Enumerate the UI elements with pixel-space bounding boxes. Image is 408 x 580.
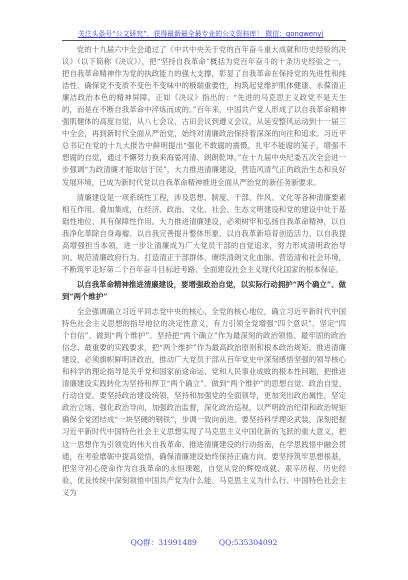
paragraph-2: 清廉建设是一项系统性工程，涉及思想、制度、干部、作风、文化等各种清廉要素相互作用… bbox=[62, 192, 346, 276]
paragraph-3: 全会强调确立习近平同志党中央的核心、全党的核心地位，确立习近平新时代中国特色社会… bbox=[62, 306, 346, 499]
qq-group-text: QQ群：31991489 bbox=[131, 537, 197, 548]
section-heading: 以自我革命精神推进清廉建设，要增强政治自觉，以实际行动拥护“两个确立”、做到“两… bbox=[62, 279, 346, 303]
paragraph-1: 党的十九届六中全会通过了《中共中央关于党的百年奋斗重大成就和历史经验的决议》（以… bbox=[62, 44, 346, 189]
document-body: 党的十九届六中全会通过了《中共中央关于党的百年奋斗重大成就和历史经验的决议》（以… bbox=[62, 44, 346, 499]
qq-number-text: QQ:535304092 bbox=[219, 538, 278, 547]
header-promo-link[interactable]: 关注头条号“公文研究”，获得最新最全最专业的公文资料库！ 微信：gongweny… bbox=[78, 28, 323, 38]
page-footer: QQ群：31991489QQ:535304092 bbox=[0, 537, 408, 548]
document-page: 关注头条号“公文研究”，获得最新最全最专业的公文资料库！ 微信：gongweny… bbox=[0, 0, 408, 580]
page-header: 关注头条号“公文研究”，获得最新最全最专业的公文资料库！ 微信：gongweny… bbox=[62, 26, 346, 41]
